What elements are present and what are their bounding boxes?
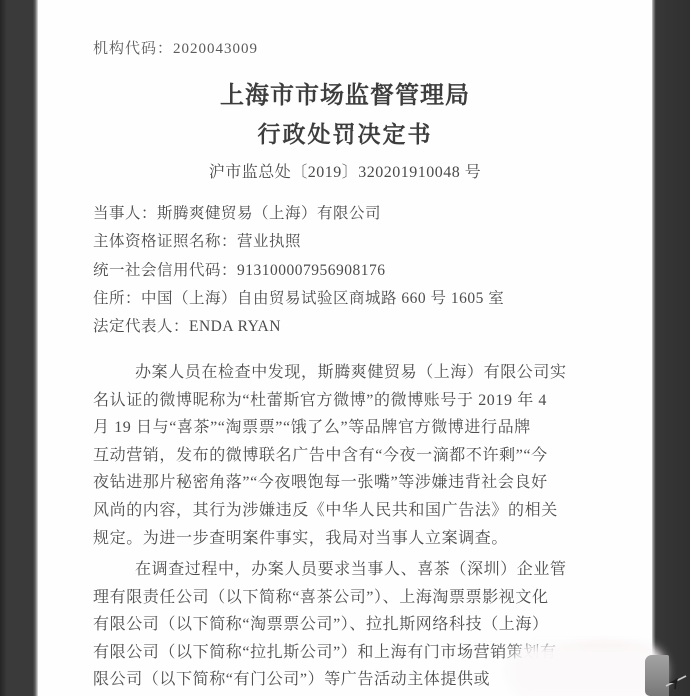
info-line-credit-code: 统一社会信用代码：913100007956908176 (93, 257, 613, 285)
info-value: 中国（上海）自由贸易试验区商城路 660 号 1605 室 (141, 290, 504, 307)
body-line: 办案人员在检查中发现，斯腾爽健贸易（上海）有限公司实 (93, 359, 608, 387)
document-title-type: 行政处罚决定书 (38, 116, 652, 149)
left-frame-bar (0, 0, 38, 696)
penalty-decision-screenshot: 机构代码：2020043009 上海市市场监督管理局 行政处罚决定书 沪市监总处… (0, 0, 690, 696)
body-line: 名认证的微博昵称为“杜蕾斯官方微博”的微博账号于 2019 年 4 (93, 387, 608, 415)
body-line: 风尚的内容，其行为涉嫌违反《中华人民共和国广告法》的相关 (93, 497, 608, 525)
info-label: 主体资格证照名称： (93, 233, 237, 250)
body-line: 规定。为进一步查明案件事实，我局对当事人立案调查。 (93, 525, 608, 553)
org-code-value: 2020043009 (173, 41, 258, 57)
info-value: 营业执照 (237, 233, 301, 250)
info-label: 统一社会信用代码： (93, 262, 237, 279)
info-value: ENDA RYAN (189, 318, 281, 335)
body-line: 理有限责任公司（以下简称“喜茶公司”）、上海淘票票影视文化 (93, 584, 608, 612)
info-label: 法定代表人： (93, 318, 189, 335)
body-line: 在调查过程中，办案人员要求当事人、喜茶（深圳）企业管 (93, 556, 608, 584)
info-value: 斯腾爽健贸易（上海）有限公司 (157, 205, 381, 222)
info-line-party: 当事人：斯腾爽健贸易（上海）有限公司 (93, 200, 613, 228)
body-line: 月 19 日与“喜茶”“淘票票”“饿了么”等品牌官方微博进行品牌 (93, 414, 608, 442)
document-number: 沪市监总处〔2019〕320201910048 号 (38, 159, 652, 182)
body-line: 有限公司（以下简称“淘票票公司”）、拉扎斯网络科技（上海） (93, 611, 608, 639)
paragraph-findings: 办案人员在检查中发现，斯腾爽健贸易（上海）有限公司实 名认证的微博昵称为“杜蕾斯… (93, 359, 608, 552)
penalty-decision-document: 机构代码：2020043009 上海市市场监督管理局 行政处罚决定书 沪市监总处… (38, 0, 652, 696)
info-label: 当事人： (93, 205, 157, 222)
body-line: 夜钻进那片秘密角落”“今夜喂饱每一张嘴”等涉嫌违背社会良好 (93, 469, 608, 497)
info-label: 住所： (93, 290, 141, 307)
org-code-line: 机构代码：2020043009 (93, 37, 258, 58)
info-line-license-name: 主体资格证照名称：营业执照 (93, 228, 613, 256)
info-line-legal-rep: 法定代表人：ENDA RYAN (93, 313, 613, 341)
party-info-block: 当事人：斯腾爽健贸易（上海）有限公司 主体资格证照名称：营业执照 统一社会信用代… (93, 200, 613, 341)
censor-smudge (516, 652, 658, 690)
info-line-address: 住所：中国（上海）自由贸易试验区商城路 660 号 1605 室 (93, 285, 613, 313)
cursor-artifact-icon (663, 667, 689, 693)
body-line: 互动营销，发布的微博联名广告中含有“今夜一滴都不许剩”“今 (93, 442, 608, 470)
org-code-label: 机构代码： (93, 41, 173, 57)
info-value: 913100007956908176 (237, 262, 386, 279)
document-title-agency: 上海市市场监督管理局 (38, 75, 652, 110)
right-frame-bar (652, 0, 690, 696)
